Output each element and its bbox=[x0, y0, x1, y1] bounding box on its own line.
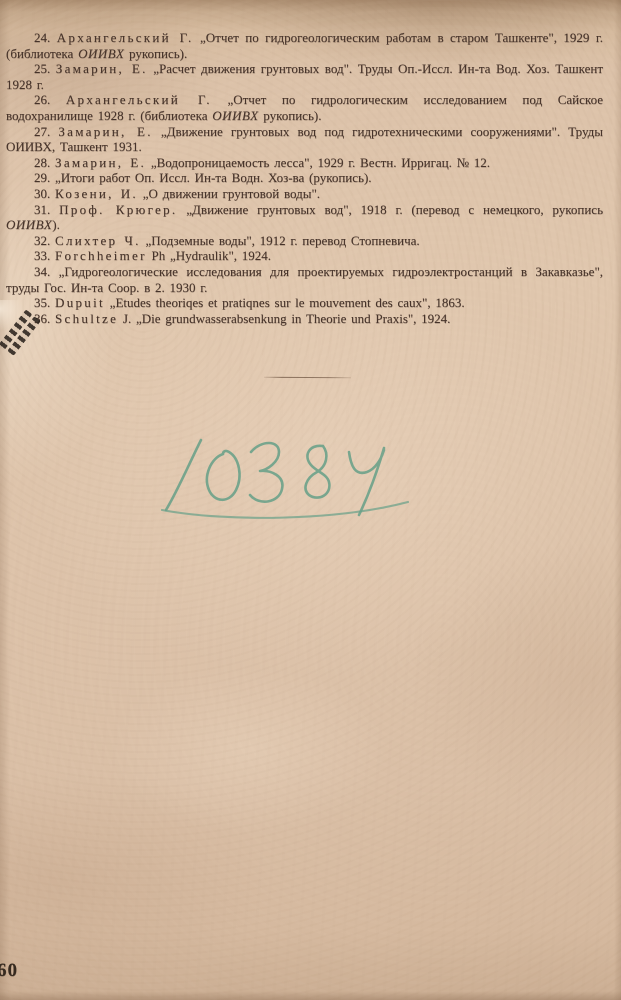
bibliography-entry: 25. Замарин, Е. „Расчет движения грунтов… bbox=[6, 61, 603, 92]
entry-text: „Движение грунтовых вод", 1918 г. (перев… bbox=[177, 202, 603, 217]
entry-text: 25. bbox=[34, 61, 56, 76]
entry-text: 34. „Гидрогеологические исследования для… bbox=[6, 264, 603, 295]
bibliography-entry: 30. Козени, И. „О движении грунтовой вод… bbox=[6, 186, 603, 202]
entry-text: 30. bbox=[34, 186, 55, 201]
entry-text: „Водопроницаемость лесса", 1929 г. Вестн… bbox=[146, 155, 490, 170]
entry-text: „Подземные воды", 1912 г. перевод Стопне… bbox=[141, 233, 420, 248]
stamp-fragment bbox=[0, 300, 50, 372]
entry-text: Ph „Hydraulik", 1924. bbox=[147, 248, 271, 263]
entry-author-name: Архангельский Г. bbox=[66, 92, 212, 107]
bibliography-entry: 24. Архангельский Г. „Отчет по гидрогеол… bbox=[6, 30, 603, 61]
page-edge-bottom bbox=[0, 991, 621, 1000]
entry-text: рукопись). bbox=[124, 46, 187, 61]
entry-author-name: Forchheimer bbox=[55, 248, 147, 263]
bibliography-entry: 31. Проф. Крюгер. „Движение грунтовых во… bbox=[6, 202, 603, 233]
bibliography-entry: 27. Замарин, Е. „Движение грунтовых вод … bbox=[6, 124, 603, 155]
bibliography-entry: 32. Слихтер Ч. „Подземные воды", 1912 г.… bbox=[6, 233, 603, 249]
bibliography-entry: 28. Замарин, Е. „Водопроницаемость лесса… bbox=[6, 155, 603, 171]
entry-text: 26. bbox=[34, 92, 66, 107]
entry-author-name: Замарин, Е. bbox=[55, 155, 146, 170]
digit-1 bbox=[166, 440, 201, 510]
entry-text: „О движении грунтовой воды". bbox=[138, 186, 320, 201]
entry-author-name: Замарин, Е. bbox=[56, 61, 148, 76]
entry-author-name: Замарин, Е. bbox=[58, 124, 152, 139]
entry-text: 32. bbox=[34, 233, 55, 248]
handwritten-inventory-number: 10384 bbox=[156, 418, 424, 524]
digit-8 bbox=[306, 446, 330, 498]
entry-text: 31. bbox=[34, 202, 59, 217]
entry-text: рукопись). bbox=[259, 108, 322, 123]
digit-4 bbox=[349, 448, 384, 515]
bibliography-entry: 34. „Гидрогеологические исследования для… bbox=[6, 264, 603, 295]
entry-author-name: Архангельский Г. bbox=[57, 30, 194, 45]
entry-text: 27. bbox=[34, 124, 58, 139]
entry-text: 24. bbox=[34, 30, 57, 45]
entry-text: ). bbox=[52, 217, 60, 232]
entry-italic-text: ОИИВХ bbox=[78, 46, 124, 61]
bibliography-entry: 26. Архангельский Г. „Отчет по гидрологи… bbox=[6, 92, 603, 123]
entry-author-name: Dupuit bbox=[55, 295, 105, 310]
entry-text: J. „Die grundwasserabsenkung in Theorie … bbox=[118, 311, 450, 326]
bibliography-entry: 35. Dupuit „Etudes theoriqes et pratiqne… bbox=[6, 295, 603, 311]
page-edge-right bbox=[614, 0, 621, 1000]
bibliography-entry: 36. Schultze J. „Die grundwasserabsenkun… bbox=[6, 311, 603, 327]
underline-flourish bbox=[162, 502, 408, 518]
entry-text: 33. bbox=[34, 248, 55, 263]
entry-italic-text: ОИИВХ bbox=[6, 217, 52, 232]
digit-3 bbox=[250, 443, 282, 502]
entry-author-name: Слихтер Ч. bbox=[55, 233, 141, 248]
entry-text: 28. bbox=[34, 155, 55, 170]
entry-author-name: Проф. Крюгер. bbox=[59, 202, 177, 217]
bibliography-entry: 33. Forchheimer Ph „Hydraulik", 1924. bbox=[6, 248, 603, 264]
bibliography-list: 24. Архангельский Г. „Отчет по гидрогеол… bbox=[6, 30, 603, 326]
bibliography-entry: 29. „Итоги работ Оп. Иссл. Ин-та Водн. Х… bbox=[6, 170, 603, 186]
entry-italic-text: ОИИВХ bbox=[212, 108, 258, 123]
page-number: 60 bbox=[0, 960, 18, 982]
entry-text: „Etudes theoriqes et pratiqnes sur le mo… bbox=[105, 295, 465, 310]
scanned-page: 24. Архангельский Г. „Отчет по гидрогеол… bbox=[0, 0, 621, 1000]
entry-author-name: Козени, И. bbox=[55, 186, 138, 201]
entry-text: 29. „Итоги работ Оп. Иссл. Ин-та Водн. Х… bbox=[34, 170, 372, 185]
entry-author-name: Schultze bbox=[55, 311, 118, 326]
digit-0 bbox=[207, 451, 240, 500]
section-divider bbox=[264, 377, 351, 379]
